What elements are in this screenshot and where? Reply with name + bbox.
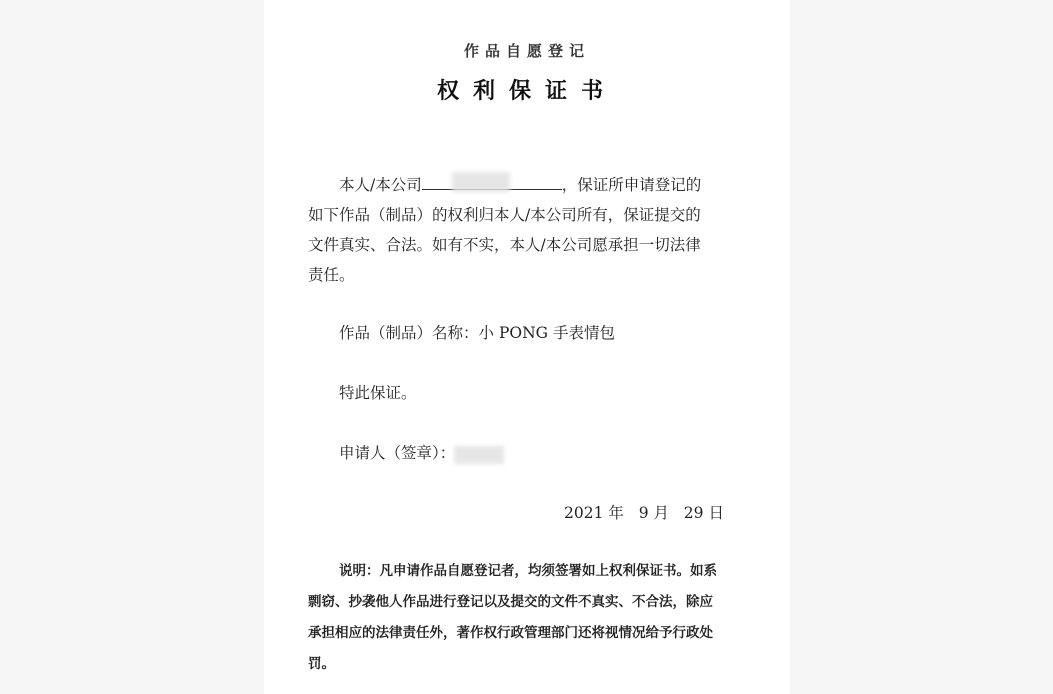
document-subtitle: 作品自愿登记 bbox=[264, 40, 790, 61]
guarantee-statement: 特此保证。 bbox=[339, 378, 739, 408]
paragraph-line-4: 责任。 bbox=[308, 260, 708, 290]
document-page: 作品自愿登记 权利保证书 本人/本公司，保证所申请登记的 如下作品（制品）的权利… bbox=[264, 0, 790, 694]
date-row: 2021 年 9 月 29 日 bbox=[564, 498, 724, 528]
note-line-4: 罚。 bbox=[308, 649, 748, 680]
paragraph-line-3: 文件真实、合法。如有不实，本人/本公司愿承担一切法律 bbox=[308, 230, 708, 260]
date-month: 9 bbox=[639, 504, 649, 522]
note-line-2: 剽窃、抄袭他人作品进行登记以及提交的文件不真实、不合法，除应 bbox=[308, 587, 748, 618]
date-day: 29 bbox=[684, 504, 704, 522]
date-month-unit: 月 bbox=[654, 504, 670, 522]
document-title: 权利保证书 bbox=[264, 74, 790, 105]
note-line-1: 说明：凡申请作品自愿登记者，均须签署如上权利保证书。如系 bbox=[308, 556, 748, 587]
date-year-unit: 年 bbox=[608, 504, 624, 522]
paragraph-line-1-suffix: ，保证所申请登记的 bbox=[562, 176, 702, 194]
explanatory-note: 说明：凡申请作品自愿登记者，均须签署如上权利保证书。如系 剽窃、抄袭他人作品进行… bbox=[308, 556, 748, 680]
work-name-row: 作品（制品）名称：小 PONG 手表情包 bbox=[339, 318, 739, 348]
work-name-value: 小 PONG 手表情包 bbox=[479, 324, 615, 342]
redacted-applicant-name bbox=[452, 172, 510, 192]
applicant-prefix: 本人/本公司 bbox=[339, 176, 422, 194]
paragraph-line-2: 如下作品（制品）的权利归本人/本公司所有，保证提交的 bbox=[308, 200, 708, 230]
work-name-label: 作品（制品）名称： bbox=[339, 324, 479, 342]
applicant-signature-label: 申请人（签章）： bbox=[339, 444, 455, 462]
date-day-unit: 日 bbox=[708, 504, 724, 522]
note-line-3: 承担相应的法律责任外，著作权行政管理部门还将视情况给予行政处 bbox=[308, 618, 748, 649]
date-year: 2021 bbox=[564, 504, 603, 522]
redacted-signature bbox=[454, 446, 504, 464]
applicant-signature-row: 申请人（签章）： bbox=[339, 438, 739, 468]
